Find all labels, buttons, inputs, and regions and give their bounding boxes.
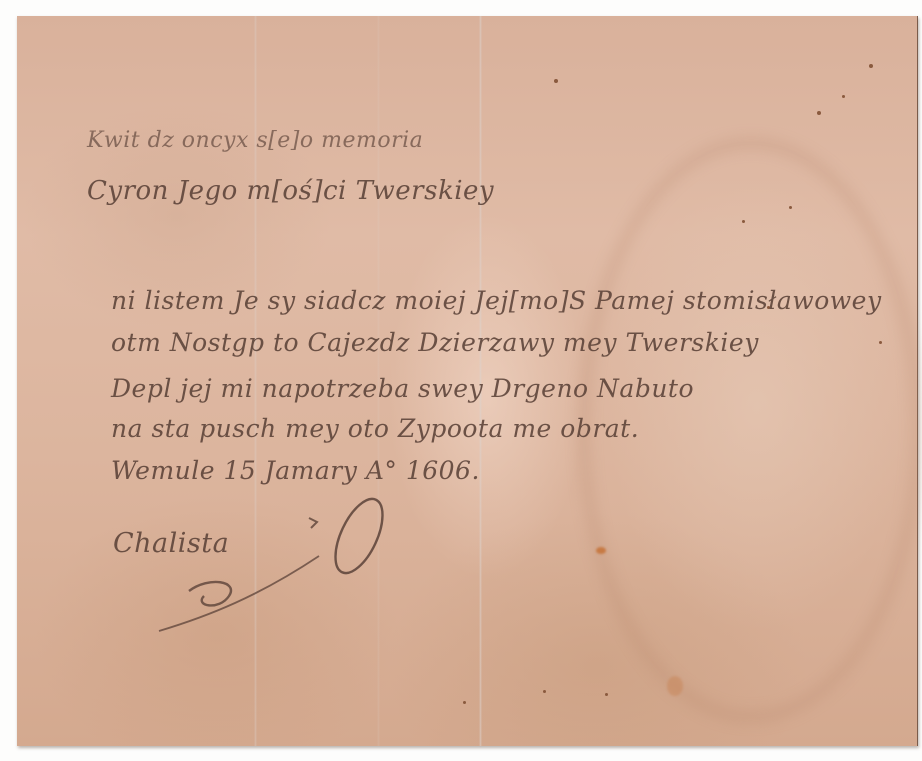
body-line-5-date: Wemule 15 Jamary A° 1606. (111, 456, 480, 485)
ink-speck (543, 690, 546, 693)
ink-speck (789, 206, 792, 209)
ink-speck (869, 64, 873, 68)
ink-speck (605, 693, 608, 696)
body-line-2: otm Nostgp to Cajezdz Dzierzawy mey Twer… (111, 328, 759, 357)
body-line-1: ni listem Je sy siadcz moiej Jej[mo]S Pa… (111, 286, 882, 315)
ink-speck (879, 341, 882, 344)
ink-speck (554, 79, 558, 83)
ink-speck (742, 220, 745, 223)
body-line-3: Depl jej mi napotrzeba swey Drgeno Nabut… (111, 374, 694, 403)
rust-stain (667, 676, 683, 696)
header-line-1: Kwit dz oncyx s[e]o memoria (87, 128, 423, 153)
signature-flourish-icon (149, 496, 529, 646)
scan-background: Kwit dz oncyx s[e]o memoria Cyron Jego m… (0, 0, 922, 761)
rust-stain (596, 547, 606, 554)
ink-speck (842, 95, 845, 98)
header-line-2: Cyron Jego m[oś]ci Twerskiey (87, 176, 494, 206)
body-line-4: na sta pusch mey oto Zypoota me obrat. (111, 414, 639, 443)
manuscript-page: Kwit dz oncyx s[e]o memoria Cyron Jego m… (17, 16, 918, 746)
ink-speck (463, 701, 466, 704)
ink-speck (817, 111, 821, 115)
